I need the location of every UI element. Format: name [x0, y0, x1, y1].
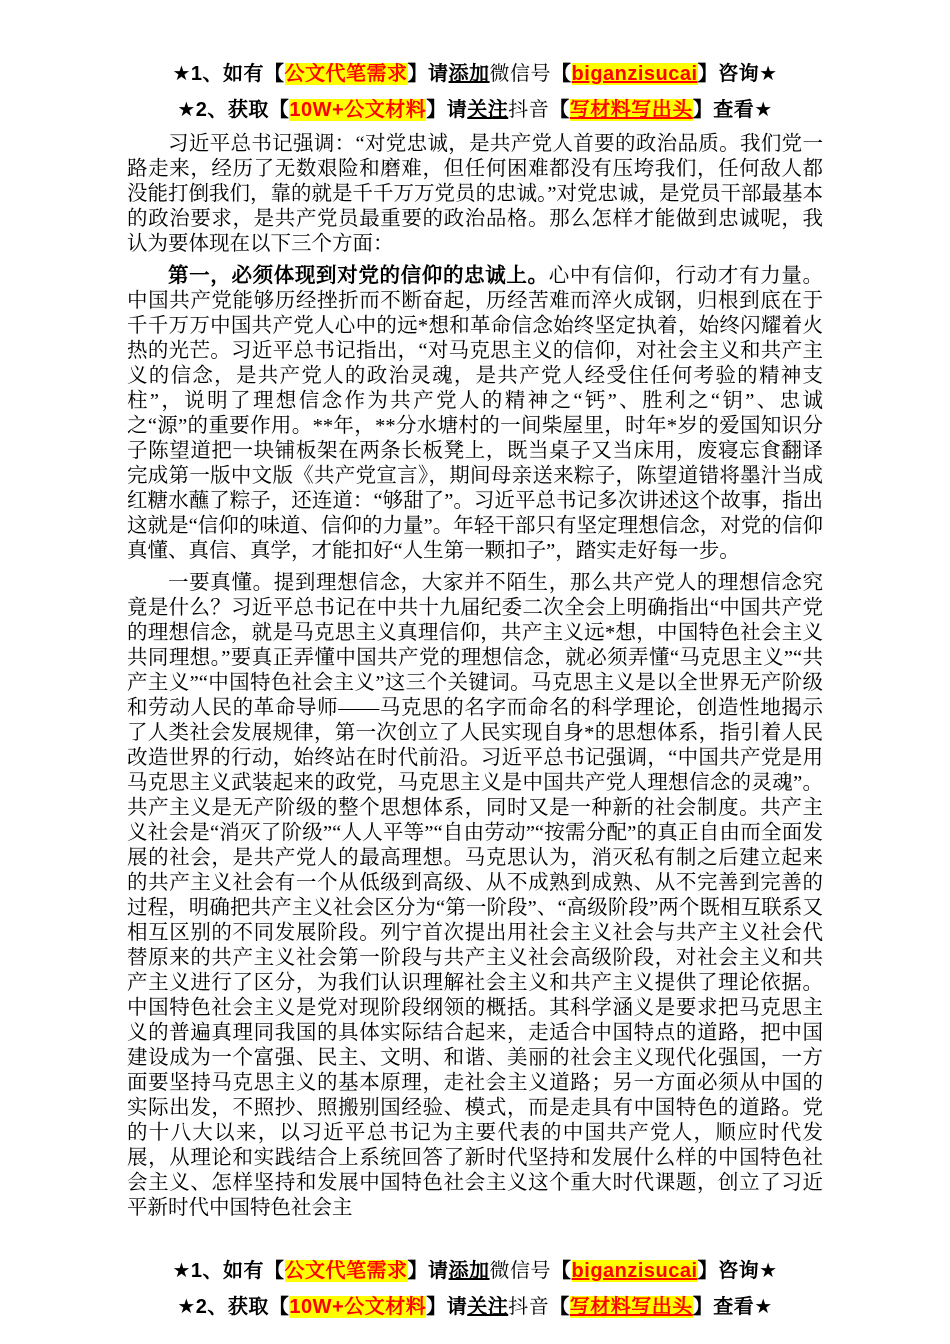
paragraph-text: 习近平总书记强调：“对党忠诚，是共产党人首要的政治品质。我们党一路走来，经历了无…	[127, 133, 823, 255]
notice-underline-action: 添加	[449, 63, 490, 85]
paragraph-bold-lead: 第一，必须体现到对党的信仰的忠诚上。	[168, 265, 549, 287]
paragraph-first-point: 第一，必须体现到对党的信仰的忠诚上。心中有信仰，行动才有力量。中国共产党能够历经…	[127, 264, 823, 564]
promo-footer-line-2: ★2、获取【10W+公文材料】请关注抖音【写材料写出头】查看★	[127, 1289, 823, 1325]
paragraph-text: 心中有信仰，行动才有力量。中国共产党能够历经挫折而不断奋起，历经苦难而淬火成钢，…	[127, 265, 823, 562]
notice-highlight-materials: 10W+公文材料	[289, 1296, 426, 1318]
notice-text: 【	[549, 1296, 570, 1318]
paragraph-understanding: 一要真懂。提到理想信念，大家并不陌生，那么共产党人的理想信念究竟是什么？习近平总…	[127, 571, 823, 1221]
notice-text: 微信号	[490, 63, 552, 85]
promo-header: ★1、如有【公文代笔需求】请添加微信号【biganzisucai】咨询★ ★2、…	[127, 56, 823, 128]
notice-text: 】咨询★	[698, 63, 778, 85]
notice-text: 【	[551, 1260, 572, 1282]
promo-header-line-1: ★1、如有【公文代笔需求】请添加微信号【biganzisucai】咨询★	[127, 56, 823, 92]
notice-text: 】请	[408, 1260, 449, 1282]
promo-footer-line-1: ★1、如有【公文代笔需求】请添加微信号【biganzisucai】咨询★	[127, 1253, 823, 1289]
notice-text: 抖音	[508, 1296, 549, 1318]
document-body: 习近平总书记强调：“对党忠诚，是共产党人首要的政治品质。我们党一路走来，经历了无…	[127, 132, 823, 1221]
paragraph-text: 一要真懂。提到理想信念，大家并不陌生，那么共产党人的理想信念究竟是什么？习近平总…	[127, 572, 823, 1219]
notice-highlight-service: 公文代笔需求	[285, 63, 408, 85]
notice-text: 】请	[408, 63, 449, 85]
notice-douyin-id: 写材料写出头	[570, 1296, 693, 1318]
document-page: ★1、如有【公文代笔需求】请添加微信号【biganzisucai】咨询★ ★2、…	[0, 0, 950, 1344]
notice-wechat-id: biganzisucai	[572, 63, 698, 85]
notice-wechat-id: biganzisucai	[572, 1260, 698, 1282]
notice-text: ★2、获取【	[177, 1296, 289, 1318]
notice-douyin-id: 写材料写出头	[570, 99, 693, 121]
promo-header-line-2: ★2、获取【10W+公文材料】请关注抖音【写材料写出头】查看★	[127, 92, 823, 128]
notice-text: 【	[551, 63, 572, 85]
notice-underline-action: 关注	[467, 1296, 508, 1318]
notice-text: ★1、如有【	[172, 1260, 284, 1282]
notice-text: ★2、获取【	[177, 99, 289, 121]
notice-text: 】请	[426, 1296, 467, 1318]
paragraph-intro: 习近平总书记强调：“对党忠诚，是共产党人首要的政治品质。我们党一路走来，经历了无…	[127, 132, 823, 257]
notice-highlight-materials: 10W+公文材料	[289, 99, 426, 121]
notice-underline-action: 关注	[467, 99, 508, 121]
notice-text: 】查看★	[693, 99, 773, 121]
notice-text: 】咨询★	[698, 1260, 778, 1282]
notice-underline-action: 添加	[449, 1260, 490, 1282]
notice-highlight-service: 公文代笔需求	[285, 1260, 408, 1282]
notice-text: ★1、如有【	[172, 63, 284, 85]
notice-text: 【	[549, 99, 570, 121]
notice-text: 微信号	[490, 1260, 552, 1282]
notice-text: 】请	[426, 99, 467, 121]
promo-footer: ★1、如有【公文代笔需求】请添加微信号【biganzisucai】咨询★ ★2、…	[127, 1253, 823, 1325]
notice-text: 抖音	[508, 99, 549, 121]
notice-text: 】查看★	[693, 1296, 773, 1318]
